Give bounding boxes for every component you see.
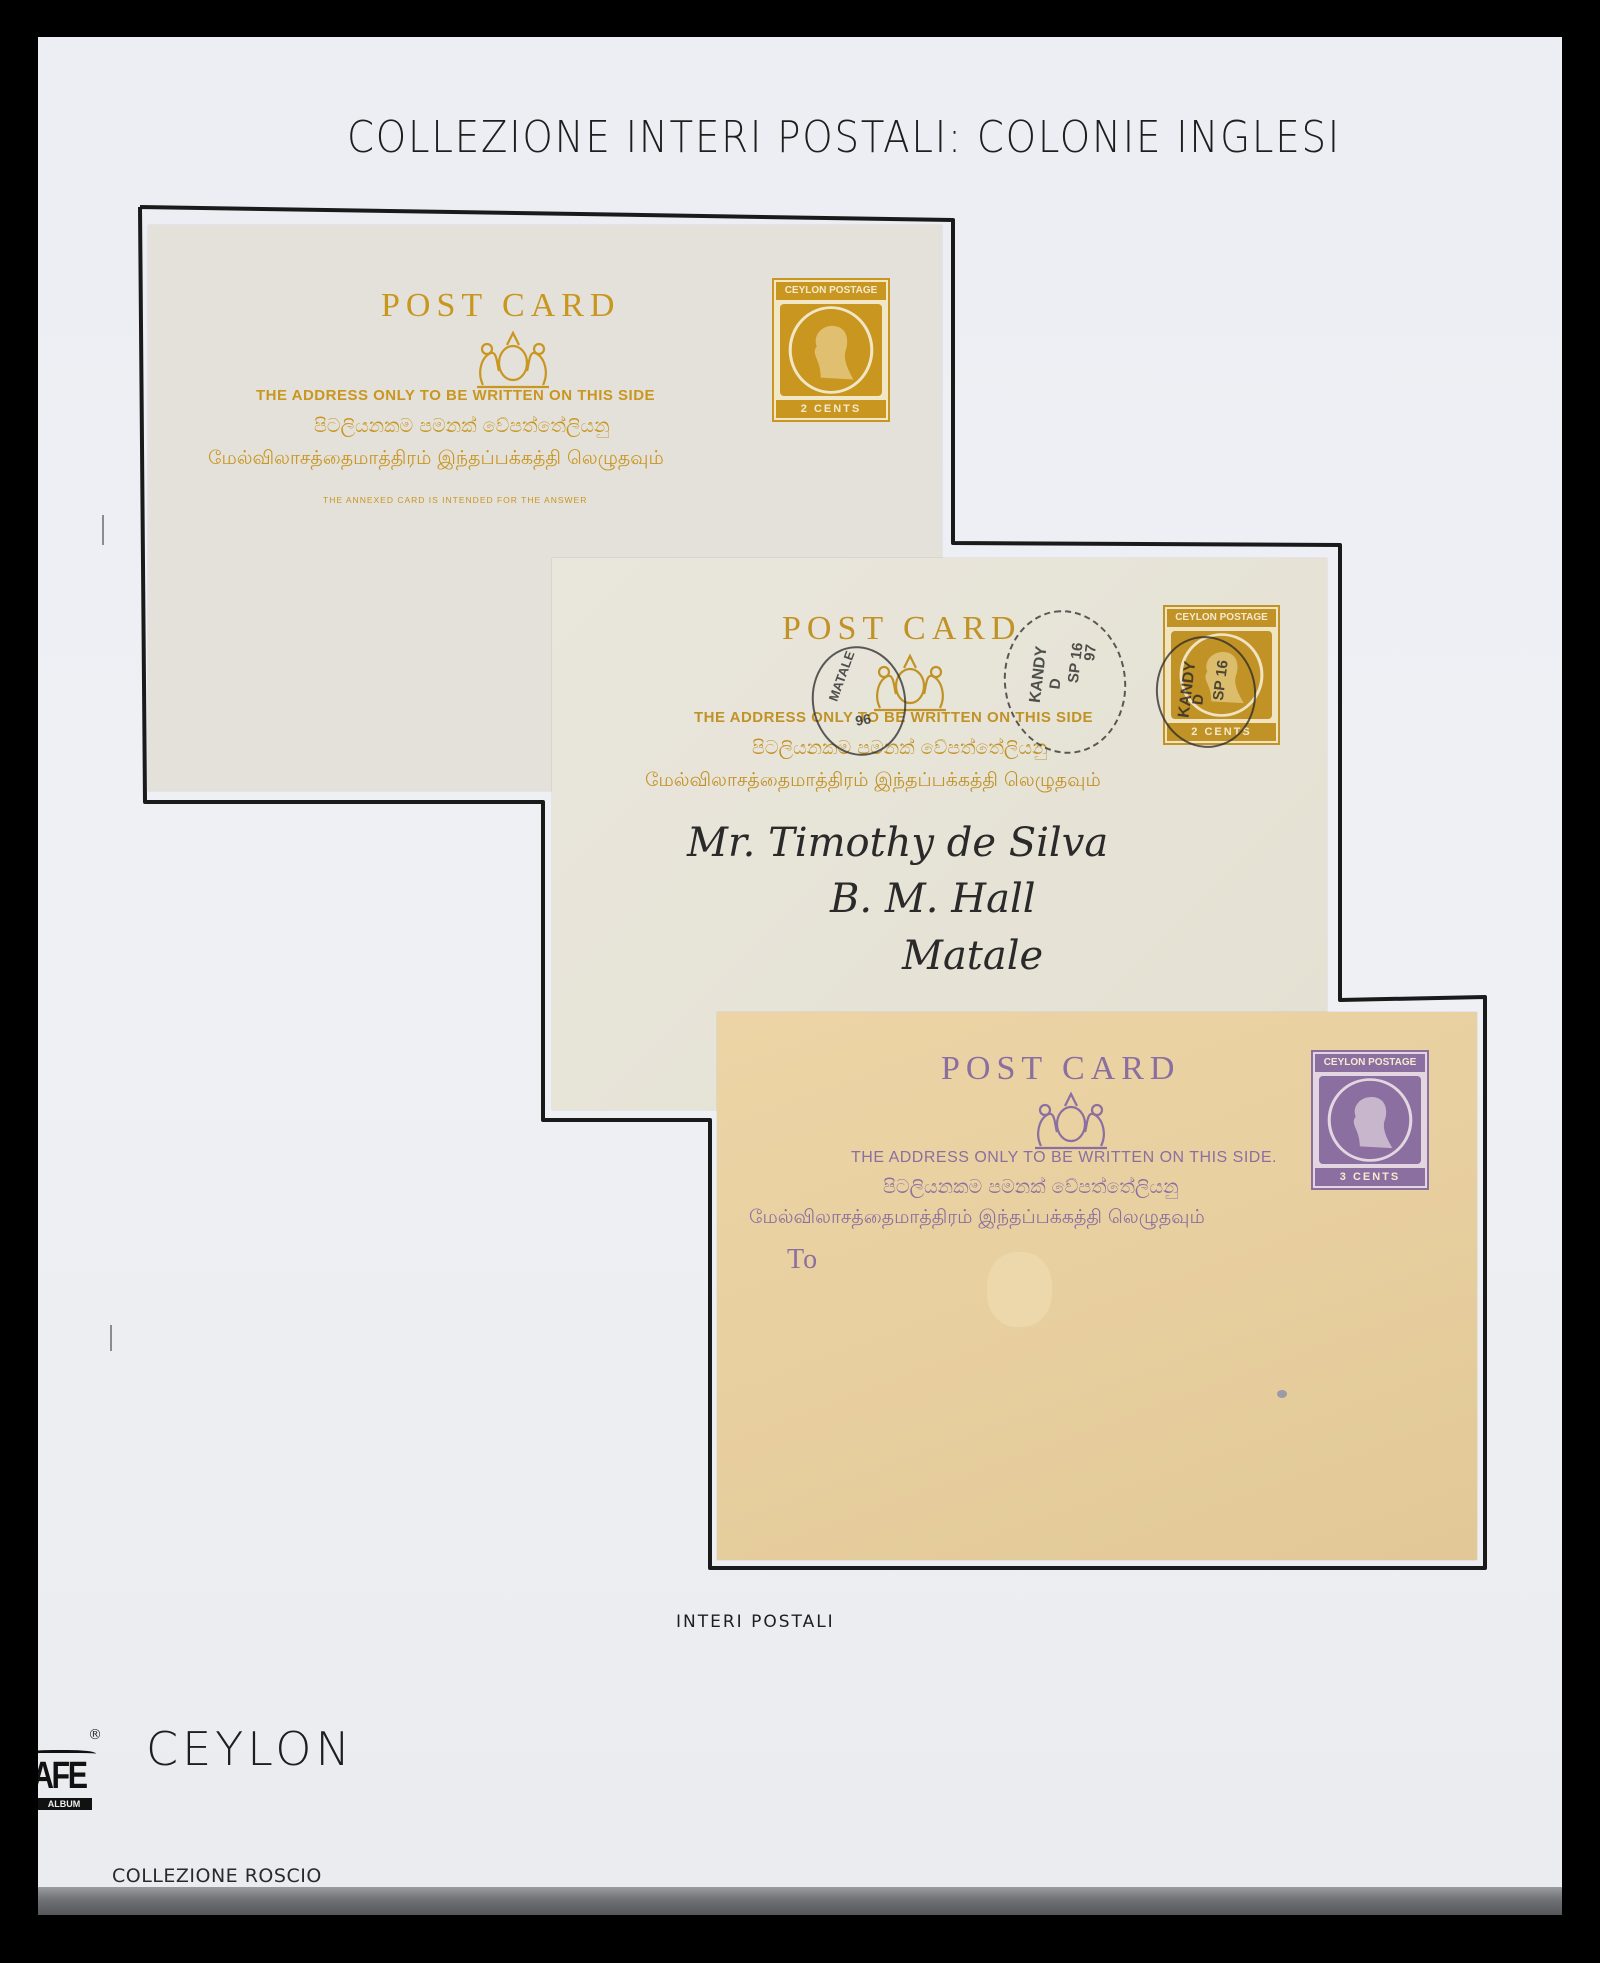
safe-album-logo: AFE ALBUM (38, 1750, 96, 1812)
imprinted-stamp: CEYLON POSTAGE 3 CENTS (1311, 1050, 1429, 1190)
card-heading: POST CARD (782, 610, 1022, 648)
card-sinhala-text: පිටලියනකම පමනක් වේපත්තේලියනු (314, 415, 610, 437)
queen-victoria-profile-icon (780, 304, 882, 396)
collection-label: COLLEZIONE ROSCIO (112, 1865, 322, 1887)
country-label: CEYLON (146, 1722, 354, 1776)
address-line-2: B. M. Hall (830, 876, 1036, 922)
card-tamil-text: மேல்விலாசத்தைமாத்திரம் இந்தப்பக்கத்தி லெ… (208, 447, 664, 472)
stamp-top-label: CEYLON POSTAGE (1315, 1054, 1425, 1072)
stamp-value-label: 2 CENTS (776, 400, 886, 418)
section-label: INTERI POSTALI (676, 1612, 835, 1632)
queen-victoria-profile-icon (1319, 1076, 1421, 1164)
address-line-1: Mr. Timothy de Silva (687, 820, 1108, 866)
stamp-value-label: 3 CENTS (1315, 1168, 1425, 1186)
address-line-3: Matale (902, 933, 1043, 979)
card-heading: POST CARD (941, 1050, 1181, 1088)
card-footnote: THE ANNEXED CARD IS INTENDED FOR THE ANS… (323, 495, 587, 505)
card-tamil-text: மேல்விலாசத்தைமாத்திரம் இந்தப்பக்கத்தி லெ… (645, 769, 1101, 794)
card-sinhala-text: පිටලියනකම පමනක් වේපත්තේලියනු (883, 1176, 1179, 1198)
card-heading: POST CARD (381, 287, 621, 325)
paper-spot (1277, 1390, 1287, 1398)
card-instruction: THE ADDRESS ONLY TO BE WRITTEN ON THIS S… (851, 1149, 1277, 1167)
imprinted-stamp: CEYLON POSTAGE 2 CENTS (772, 278, 890, 422)
royal-coat-of-arms-icon (463, 327, 563, 391)
card-instruction: THE ADDRESS ONLY TO BE WRITTEN ON THIS S… (256, 387, 655, 404)
card-sinhala-text: පිටලියනකම පමනක් වේපත්තේලියනු (752, 737, 1048, 759)
royal-coat-of-arms-icon (1021, 1088, 1121, 1152)
stamp-top-label: CEYLON POSTAGE (1167, 609, 1276, 627)
paper-stain (987, 1252, 1052, 1327)
card-tamil-text: மேல்விலாசத்தைமாத்திரம் இந்தப்பக்கத்தி லெ… (749, 1206, 1205, 1231)
stamp-top-label: CEYLON POSTAGE (776, 282, 886, 300)
registered-mark: ® (88, 1727, 102, 1743)
postcard-3[interactable]: POST CARD THE ADDRESS ONLY TO BE WRITTEN… (717, 1012, 1477, 1560)
to-label: To (787, 1244, 818, 1276)
